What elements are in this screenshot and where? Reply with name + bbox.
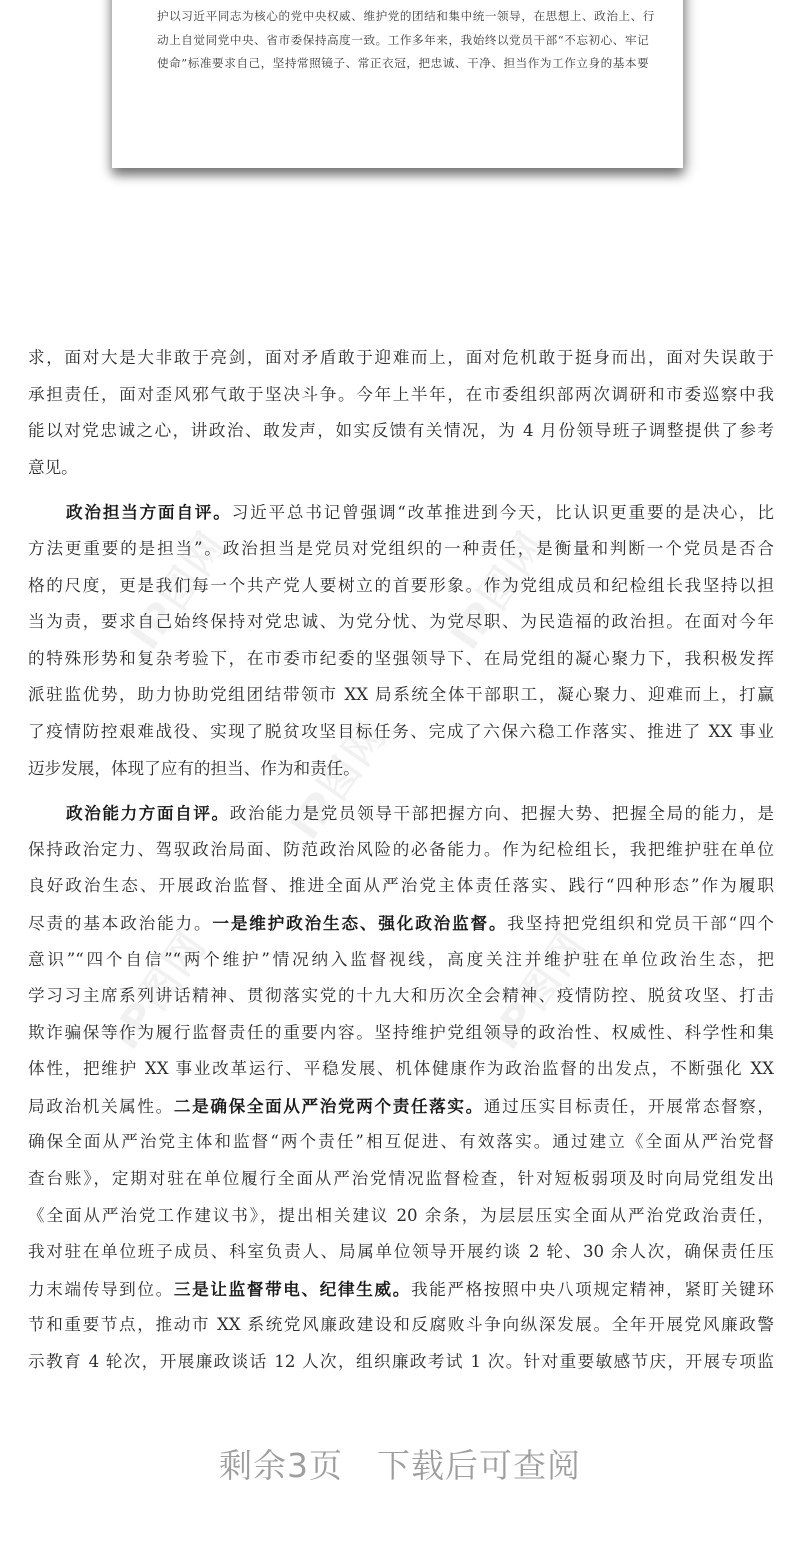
page-preview-card: 护以习近平同志为核心的党中央权威、维护党的团结和集中统一领导，在思想上、政治上、… (112, 0, 683, 168)
paragraph-continuation: 求，面对大是大非敢于亮剑，面对矛盾敢于迎难而上，面对危机敢于挺身而出，面对失误敢… (28, 340, 774, 486)
text-span: 我坚持把党组织和党员干部“四个 (507, 914, 774, 933)
text-line: 良好政治生态、开展政治监督、推进全面从严治党主体责任落实、践行“四种形态”作为履… (28, 868, 774, 905)
download-prompt[interactable]: 剩余3页下载后可查阅 (0, 1440, 800, 1487)
text-line: 保持政治定力、驾驭政治局面、防范政治风险的必备能力。作为纪检组长，我把维护驻在单… (28, 832, 774, 869)
paragraph-political-responsibility: 政治担当方面自评。习近平总书记曾强调“改革推进到今天，比认识更重要的是决心，比 … (28, 494, 774, 787)
text-line: 当为责，要求自己始终保持对党忠诚、为党分忧、为党尽职、为民造福的政治担。在面对今… (28, 604, 774, 641)
text-span: 我能严格按照中央八项规定精神，紧盯关键环 (411, 1280, 774, 1299)
text-line: 局政治机关属性。二是确保全面从严治党两个责任落实。通过压实目标责任，开展常态督察… (28, 1088, 774, 1125)
text-line: 查台账》，定期对驻在单位履行全面从严治党情况监督检查，针对短板弱项及时向局党组发… (28, 1161, 774, 1198)
text-line: 派驻监优势，助力协助党组团结带领市 XX 局系统全体干部职工，凝心聚力、迎难而上… (28, 677, 774, 714)
text-line: 的特殊形势和复杂考验下，在市委市纪委的坚强领导下、在局党组的凝心聚力下，我积极发… (28, 641, 774, 678)
text-span: 尽责的基本政治能力。 (28, 914, 212, 933)
text-line: 力末端传导到位。三是让监督带电、纪律生威。我能严格按照中央八项规定精神，紧盯关键… (28, 1271, 774, 1308)
text-line: 节和重要节点，推动市 XX 系统党风廉政建设和反腐败斗争向纵深发展。全年开展党风… (28, 1307, 774, 1344)
text-line: 方法更重要的是担当”。政治担当是党员对党组织的一种责任，是衡量和判断一个党员是否… (28, 531, 774, 568)
text-line: 尽责的基本政治能力。一是维护政治生态、强化政治监督。我坚持把党组织和党员干部“四… (28, 905, 774, 942)
section-heading: 政治担当方面自评。 (66, 502, 232, 522)
text-span: 局政治机关属性。 (28, 1097, 174, 1116)
text-line: 迈步发展，体现了应有的担当、作为和责任。 (28, 751, 774, 788)
text-line: 示教育 4 轮次，开展廉政谈话 12 人次，组织廉政考试 1 次。针对重要敏感节… (28, 1344, 774, 1381)
text-line: 了疫情防控艰难战役、实现了脱贫攻坚目标任务、完成了六保六稳工作落实、推进了 XX… (28, 714, 774, 751)
section-heading: 政治能力方面自评。 (66, 803, 230, 823)
text-line: 确保全面从严治党主体和监督“两个责任”相互促进、有效落实。通过建立《全面从严治党… (28, 1124, 774, 1161)
text-line: 《全面从严治党工作建议书》，提出相关建议 20 余条，为层层压实全面从严治党政治… (28, 1198, 774, 1235)
subheading: 二是确保全面从严治党两个责任落实。 (174, 1096, 484, 1116)
remaining-pages-label: 剩余3页 (219, 1446, 343, 1485)
text-line: 政治担当方面自评。习近平总书记曾强调“改革推进到今天，比认识更重要的是决心，比 (28, 494, 774, 531)
text-span: 政治能力是党员领导干部把握方向、把握大势、把握全局的能力，是 (230, 804, 774, 823)
page-preview-text: 护以习近平同志为核心的党中央权威、维护党的团结和集中统一领导，在思想上、政治上、… (157, 5, 645, 76)
text-line: 能以对党忠诚之心，讲政治、敢发声，如实反馈有关情况，为 4 月份领导班子调整提供… (28, 413, 774, 450)
text-line: 我对驻在单位班子成员、科室负责人、局属单位领导开展约谈 2 轮、30 余人次，确… (28, 1234, 774, 1271)
preview-line: 护以习近平同志为核心的党中央权威、维护党的团结和集中统一领导，在思想上、政治上、… (157, 5, 645, 29)
text-span: 通过压实目标责任，开展常态督察， (484, 1097, 774, 1116)
text-span: 习近平总书记曾强调“改革推进到今天，比认识更重要的是决心，比 (232, 503, 774, 522)
text-span: 力末端传导到位。 (28, 1280, 174, 1299)
text-line: 学习习主席系列讲话精神、贯彻落实党的十九大和历次全会精神、疫情防控、脱贫攻坚、打… (28, 978, 774, 1015)
subheading: 一是维护政治生态、强化政治监督。 (212, 913, 507, 933)
paragraph-political-capability: 政治能力方面自评。政治能力是党员领导干部把握方向、把握大势、把握全局的能力，是 … (28, 795, 774, 1381)
document-body: 求，面对大是大非敢于亮剑，面对矛盾敢于迎难而上，面对危机敢于挺身而出，面对失误敢… (28, 340, 774, 1381)
preview-line: 动上自觉同党中央、省市委保持高度一致。工作多年来，我始终以党员干部“不忘初心、牢… (157, 29, 645, 53)
text-line: 欺诈骗保等作为履行监督责任的重要内容。坚持维护党组领导的政治性、权威性、科学性和… (28, 1015, 774, 1052)
subheading: 三是让监督带电、纪律生威。 (174, 1279, 411, 1299)
text-line: 意识”“四个自信”“两个维护”情况纳入监督视线，高度关注并维护驻在单位政治生态，… (28, 942, 774, 979)
text-line: 体性，把维护 XX 事业改革运行、平稳发展、机体健康作为政治监督的出发点，不断强… (28, 1051, 774, 1088)
text-line: 承担责任，面对歪风邪气敢于坚决斗争。今年上半年，在市委组织部两次调研和市委巡察中… (28, 377, 774, 414)
preview-line: 使命”标准要求自己，坚持常照镜子、常正衣冠，把忠诚、干净、担当作为工作立身的基本… (157, 52, 645, 76)
download-hint-label: 下载后可查阅 (377, 1446, 581, 1485)
text-line: 求，面对大是大非敢于亮剑，面对矛盾敢于迎难而上，面对危机敢于挺身而出，面对失误敢… (28, 340, 774, 377)
text-line: 意见。 (28, 450, 774, 487)
text-line: 格的尺度，更是我们每一个共产党人要树立的首要形象。作为党组成员和纪检组长我坚持以… (28, 568, 774, 605)
text-line: 政治能力方面自评。政治能力是党员领导干部把握方向、把握大势、把握全局的能力，是 (28, 795, 774, 832)
